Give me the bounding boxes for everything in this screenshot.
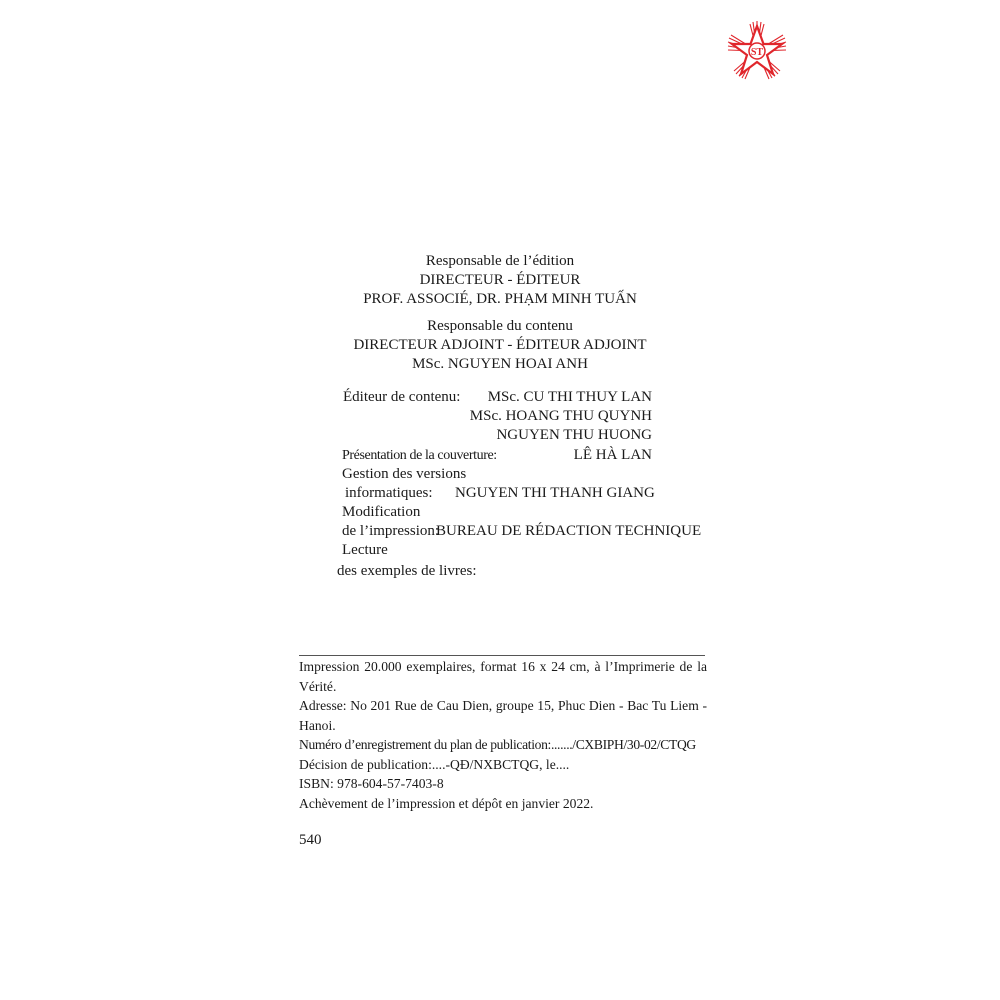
colophon-divider xyxy=(299,655,705,656)
print-run-line-2: Vérité. xyxy=(299,677,707,697)
proofreading-label-2: des exemples de livres: xyxy=(337,562,477,581)
responsible-edition-role: DIRECTEUR - ÉDITEUR xyxy=(300,271,700,290)
cover-label: Présentation de la couverture: xyxy=(342,446,497,465)
publisher-logo: ST xyxy=(726,20,788,82)
content-editor-name-2: MSc. HOANG THU QUYNH xyxy=(470,407,652,426)
svg-text:ST: ST xyxy=(751,47,764,58)
content-editor-name-1: MSc. CU THI THUY LAN xyxy=(488,388,652,407)
content-editor-name-3: NGUYEN THU HUONG xyxy=(496,426,652,445)
colophon: Impression 20.000 exemplaires, format 16… xyxy=(299,657,707,813)
cover-name: LÊ HÀ LAN xyxy=(574,446,652,465)
registration-number: Numéro d’enregistrement du plan de publi… xyxy=(299,735,707,755)
content-editor-label: Éditeur de contenu: xyxy=(343,388,460,407)
print-edit-name: BUREAU DE RÉDACTION TECHNIQUE xyxy=(436,522,701,541)
print-edit-label-2: de l’impression: xyxy=(342,522,439,541)
responsible-content-role: DIRECTEUR ADJOINT - ÉDITEUR ADJOINT xyxy=(300,336,700,355)
star-logo-icon: ST xyxy=(726,20,788,82)
completion-date: Achèvement de l’impression et dépôt en j… xyxy=(299,794,707,814)
versions-label-1: Gestion des versions xyxy=(342,465,466,484)
responsible-edition-label: Responsable de l’édition xyxy=(300,252,700,271)
print-run-line-1: Impression 20.000 exemplaires, format 16… xyxy=(299,657,707,677)
page-number: 540 xyxy=(299,832,322,849)
versions-name: NGUYEN THI THANH GIANG xyxy=(455,484,655,503)
responsible-content-block: Responsable du contenu DIRECTEUR ADJOINT… xyxy=(300,317,700,374)
versions-label-2: informatiques: xyxy=(345,484,432,503)
print-edit-label-1: Modification xyxy=(342,503,420,522)
address-line-1: Adresse: No 201 Rue de Cau Dien, groupe … xyxy=(299,696,707,716)
responsible-edition-name: PROF. ASSOCIÉ, DR. PHẠM MINH TUẤN xyxy=(300,290,700,309)
responsible-content-name: MSc. NGUYEN HOAI ANH xyxy=(300,355,700,374)
address-line-2: Hanoi. xyxy=(299,716,707,736)
responsible-edition-block: Responsable de l’édition DIRECTEUR - ÉDI… xyxy=(300,252,700,309)
isbn: ISBN: 978-604-57-7403-8 xyxy=(299,774,707,794)
publication-decision: Décision de publication:....-QĐ/NXBCTQG,… xyxy=(299,755,707,775)
responsible-content-label: Responsable du contenu xyxy=(300,317,700,336)
proofreading-label-1: Lecture xyxy=(342,541,388,560)
